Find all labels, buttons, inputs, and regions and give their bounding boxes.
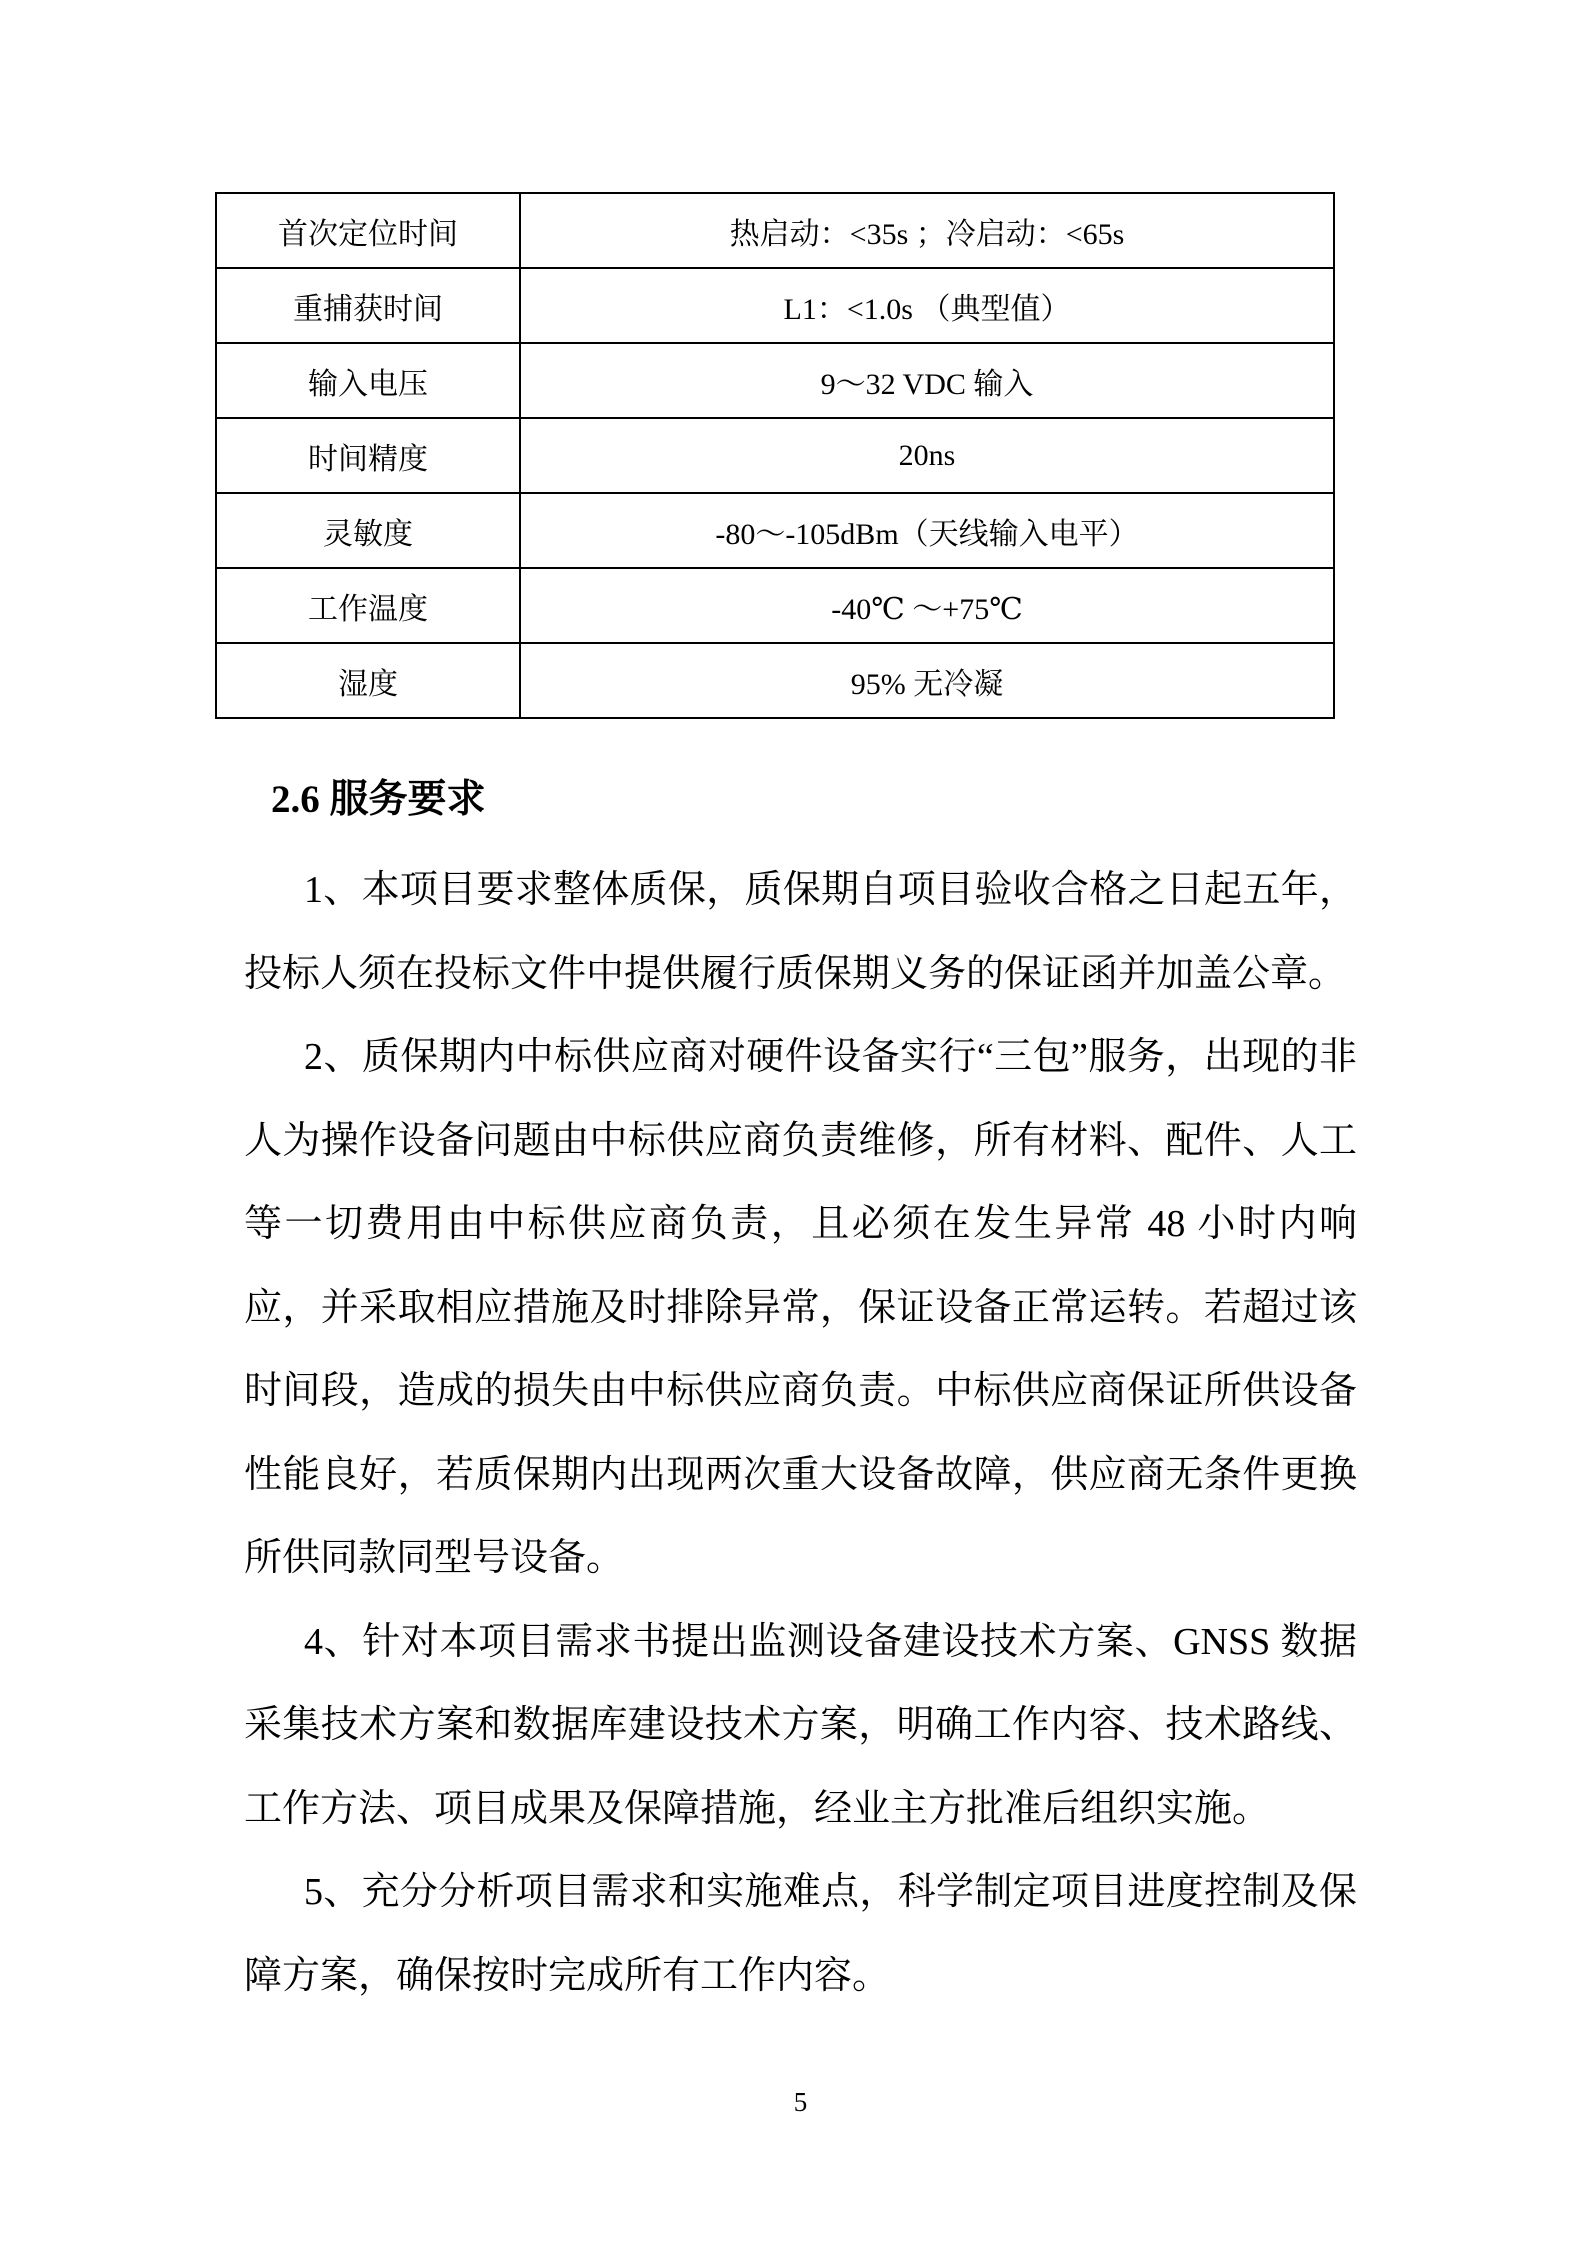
spec-table: 首次定位时间 热启动：<35s ；冷启动：<65s 重捕获时间 L1：<1.0s… [215, 192, 1335, 719]
section-body: 1、本项目要求整体质保，质保期自项目验收合格之日起五年，投标人须在投标文件中提供… [244, 849, 1357, 2018]
spec-value: -40℃ ～+75℃ [520, 568, 1334, 643]
spec-value: 20ns [520, 418, 1334, 493]
spec-value: 95% 无冷凝 [520, 643, 1334, 718]
spec-label: 湿度 [216, 643, 520, 718]
table-row: 时间精度 20ns [216, 418, 1334, 493]
spec-value: L1：<1.0s （典型值） [520, 268, 1334, 343]
section-heading: 2.6 服务要求 [271, 773, 486, 827]
table-row: 首次定位时间 热启动：<35s ；冷启动：<65s [216, 193, 1334, 268]
document-page: 首次定位时间 热启动：<35s ；冷启动：<65s 重捕获时间 L1：<1.0s… [0, 0, 1587, 2245]
paragraph: 2、质保期内中标供应商对硬件设备实行“三包”服务，出现的非人为操作设备问题由中标… [244, 1016, 1357, 1601]
table-row: 灵敏度 -80～-105dBm（天线输入电平） [216, 493, 1334, 568]
paragraph: 5、充分分析项目需求和实施难点，科学制定项目进度控制及保障方案，确保按时完成所有… [244, 1851, 1357, 2018]
table-row: 湿度 95% 无冷凝 [216, 643, 1334, 718]
spec-label: 重捕获时间 [216, 268, 520, 343]
spec-value: -80～-105dBm（天线输入电平） [520, 493, 1334, 568]
spec-label: 时间精度 [216, 418, 520, 493]
table-row: 工作温度 -40℃ ～+75℃ [216, 568, 1334, 643]
page-number: 5 [244, 2085, 1357, 2119]
spec-table-body: 首次定位时间 热启动：<35s ；冷启动：<65s 重捕获时间 L1：<1.0s… [216, 193, 1334, 718]
table-row: 重捕获时间 L1：<1.0s （典型值） [216, 268, 1334, 343]
paragraph: 4、针对本项目需求书提出监测设备建设技术方案、GNSS 数据采集技术方案和数据库… [244, 1601, 1357, 1852]
spec-value: 9～32 VDC 输入 [520, 343, 1334, 418]
spec-label: 灵敏度 [216, 493, 520, 568]
spec-label: 输入电压 [216, 343, 520, 418]
spec-value: 热启动：<35s ；冷启动：<65s [520, 193, 1334, 268]
table-row: 输入电压 9～32 VDC 输入 [216, 343, 1334, 418]
spec-label: 首次定位时间 [216, 193, 520, 268]
paragraph: 1、本项目要求整体质保，质保期自项目验收合格之日起五年，投标人须在投标文件中提供… [244, 849, 1357, 1016]
spec-label: 工作温度 [216, 568, 520, 643]
